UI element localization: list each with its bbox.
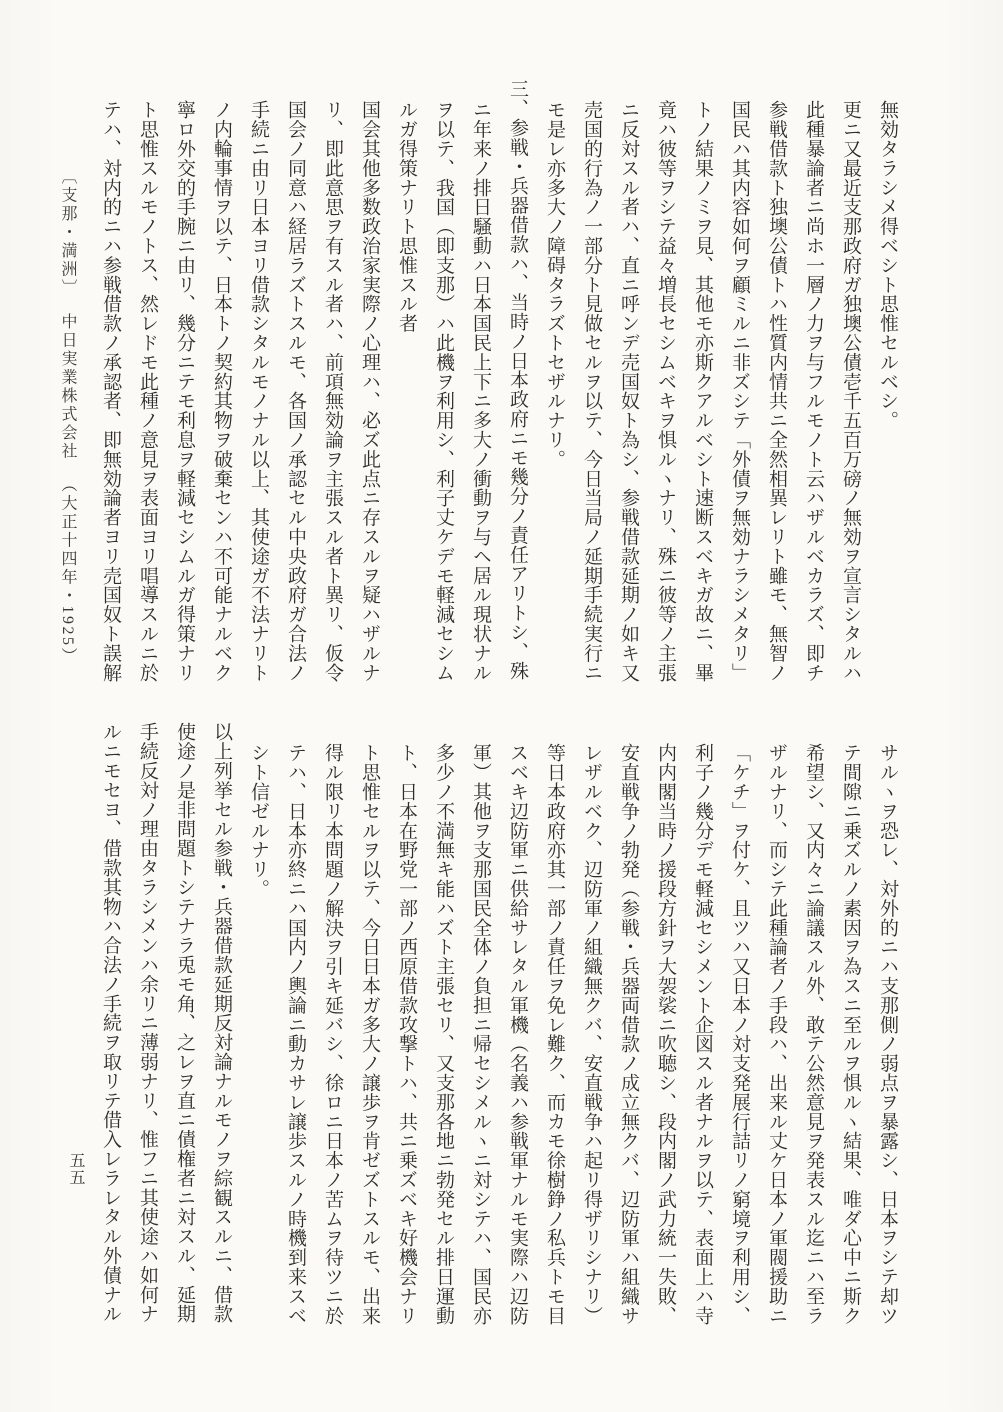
bottom-text-block: サルヽヲ恐レ、対外的ニハ支那側ノ弱点ヲ暴露シ、日本ヲシテ却ツ テ間隙ニ乗ズルノ素… [92,722,906,1350]
text-column-item-three: 三、参戦・兵器借款ハ、当時ノ日本政府ニモ幾分ノ責任アリトシ、殊 [499,79,536,707]
top-text-block: 無効タラシメ得ベシト思惟セルベシ。 更ニ又最近支那政府ガ独墺公債壱千五百万磅ノ無… [92,79,906,707]
text-column: ト、日本在野党一部ノ西原借款攻撃トハ、共ニ乗ズベキ好機会ナリ [388,722,425,1350]
text-column: 売国的行為ノ一部分ト見做セルヲ以テ、今日当局ノ延期手続実行ニ [573,79,610,707]
text-column: ニ年来ノ排日騒動ハ日本国民上下ニ多大ノ衝動ヲ与ヘ居ル現状ナル [462,79,499,707]
text-column: 寧ロ外交的手腕ニ由リ、幾分ニテモ利息ヲ軽減セシムルガ得策ナリ [166,79,203,707]
text-column: 手続ニ由リ日本ヨリ借款シタルモノナル以上、其使途ガ不法ナリト [240,79,277,707]
text-column: 「ケチ」ヲ付ケ、且ツハ又日本ノ対支発展行詰リノ窮境ヲ利用シ、 [721,722,758,1350]
text-column: 多少ノ不満無キ能ハズト主張セリ、又支那各地ニ勃発セル排日運動 [425,722,462,1350]
text-column: レザルベク、辺防軍ノ組織無クバ、安直戦争ハ起リ得ザリシナリ） [573,722,610,1350]
caption-company: 中日実業株式会社 [59,313,76,461]
text-column: 国民ハ其内容如何ヲ顧ミルニ非ズシテ「外債ヲ無効ナラシメタリ」 [721,79,758,707]
text-column: テ間隙ニ乗ズルノ素因ヲ為スニ至ルヲ惧ルヽ結果、唯ダ心中ニ斯ク [832,722,869,1350]
caption-region: 〔支那・満洲〕 [59,168,76,298]
source-caption: 〔支那・満洲〕中日実業株式会社（大正十四年・1925） [52,168,82,638]
caption-year: （大正十四年・1925） [59,476,76,666]
text-column: 国会ノ同意ハ経居ラズトスルモ、各国ノ承認セル中央政府ガ合法ノ [277,79,314,707]
text-column: 希望シ、又内々ニ論議スル外、敢テ公然意見ヲ発表スル迄ニハ至ラ [795,722,832,1350]
text-column: 更ニ又最近支那政府ガ独墺公債壱千五百万磅ノ無効ヲ宣言シタルハ [832,79,869,707]
text-column: 竟ハ彼等ヲシテ益々増長セシムベキヲ惧ルヽナリ、殊ニ彼等ノ主張 [647,79,684,707]
document-page: 無効タラシメ得ベシト思惟セルベシ。 更ニ又最近支那政府ガ独墺公債壱千五百万磅ノ無… [0,0,1003,1412]
text-column: テハ、対内的ニハ参戦借款ノ承認者、即無効論者ヨリ売国奴ト誤解 [92,79,129,707]
text-column-paragraph-start: 以上列挙セル参戦・兵器借款延期反対論ナルモノヲ綜観スルニ、借款 [203,722,240,1350]
text-column: テハ、日本亦終ニハ国内ノ輿論ニ動カサレ譲歩スルノ時機到来スベ [277,722,314,1350]
text-column: ザルナリ、而シテ此種論者ノ手段ハ、出来ル丈ケ日本ノ軍閥援助ニ [758,722,795,1350]
text-column: 参戦借款ト独墺公債トハ性質内情共ニ全然相異レリト雖モ、無智ノ [758,79,795,707]
text-column: リ、即此意思ヲ有スル者ハ、前項無効論ヲ主張スル者ト異リ、仮令 [314,79,351,707]
text-column: ヲ以テ、我国（即支那）ハ此機ヲ利用シ、利子丈ケデモ軽減セシム [425,79,462,707]
text-column: 手続反対ノ理由タラシメンハ余リニ薄弱ナリ、惟フニ其使途ハ如何ナ [129,722,166,1350]
text-column: 得ル限リ本問題ノ解決ヲ引キ延バシ、徐ロニ日本ノ苦ムヲ待ツニ於 [314,722,351,1350]
text-column: 国会其他多数政治家実際ノ心理ハ、必ズ此点ニ存スルヲ疑ハザルナ [351,79,388,707]
text-column: 内内閣当時ノ援段方針ヲ大袈裟ニ吹聴シ、段内閣ノ武力統一失敗、 [647,722,684,1350]
text-column: 軍）其他ヲ支那国民全体ノ負担ニ帰セシメルヽニ対シテハ、国民亦 [462,722,499,1350]
text-column: ルニモセヨ、借款其物ハ合法ノ手続ヲ取リテ借入レラレタル外債ナル [92,722,129,1350]
text-column: シト信ゼルナリ。 [240,722,277,1350]
text-column: 使途ノ是非問題トシテナラ兎モ角、之レヲ直ニ債権者ニ対スル、延期 [166,722,203,1350]
text-column: ト思惟スルモノトス、然レドモ此種ノ意見ヲ表面ヨリ唱導スルニ於 [129,79,166,707]
page-number: 五五 [63,1152,87,1186]
text-column: 利子ノ幾分デモ軽減セシメント企図スル者ナルヲ以テ、表面上ハ寺 [684,722,721,1350]
text-column: 無効タラシメ得ベシト思惟セルベシ。 [869,79,906,707]
text-column: トノ結果ノミヲ見、其他モ亦斯クアルベシト速断スベキガ故ニ、畢 [684,79,721,707]
text-column: ノ内輪事情ヲ以テ、日本トノ契約其物ヲ破棄センハ不可能ナルベク [203,79,240,707]
text-column: スベキ辺防軍ニ供給サレタル軍機（名義ハ参戦軍ナルモ実際ハ辺防 [499,722,536,1350]
text-column: 安直戦争ノ勃発（参戦・兵器両借款ノ成立無クバ、辺防軍ハ組織サ [610,722,647,1350]
text-column: ト思惟セルヲ以テ、今日日本ガ多大ノ譲歩ヲ肯ゼズトスルモ、出来 [351,722,388,1350]
text-column: ニ反対スル者ハ、直ニ呼ンデ売国奴ト為シ、参戦借款延期ノ如キ又 [610,79,647,707]
text-column: ルガ得策ナリト思惟スル者 [388,79,425,707]
text-column: モ是レ亦多大ノ障碍タラズトセザルナリ。 [536,79,573,707]
text-column: 此種暴論者ニ尚ホ一層ノ力ヲ与フルモノト云ハザルベカラズ、即チ [795,79,832,707]
text-column: サルヽヲ恐レ、対外的ニハ支那側ノ弱点ヲ暴露シ、日本ヲシテ却ツ [869,722,906,1350]
text-column: 等日本政府亦其一部ノ責任ヲ免レ難ク、而カモ徐樹錚ノ私兵トモ目 [536,722,573,1350]
